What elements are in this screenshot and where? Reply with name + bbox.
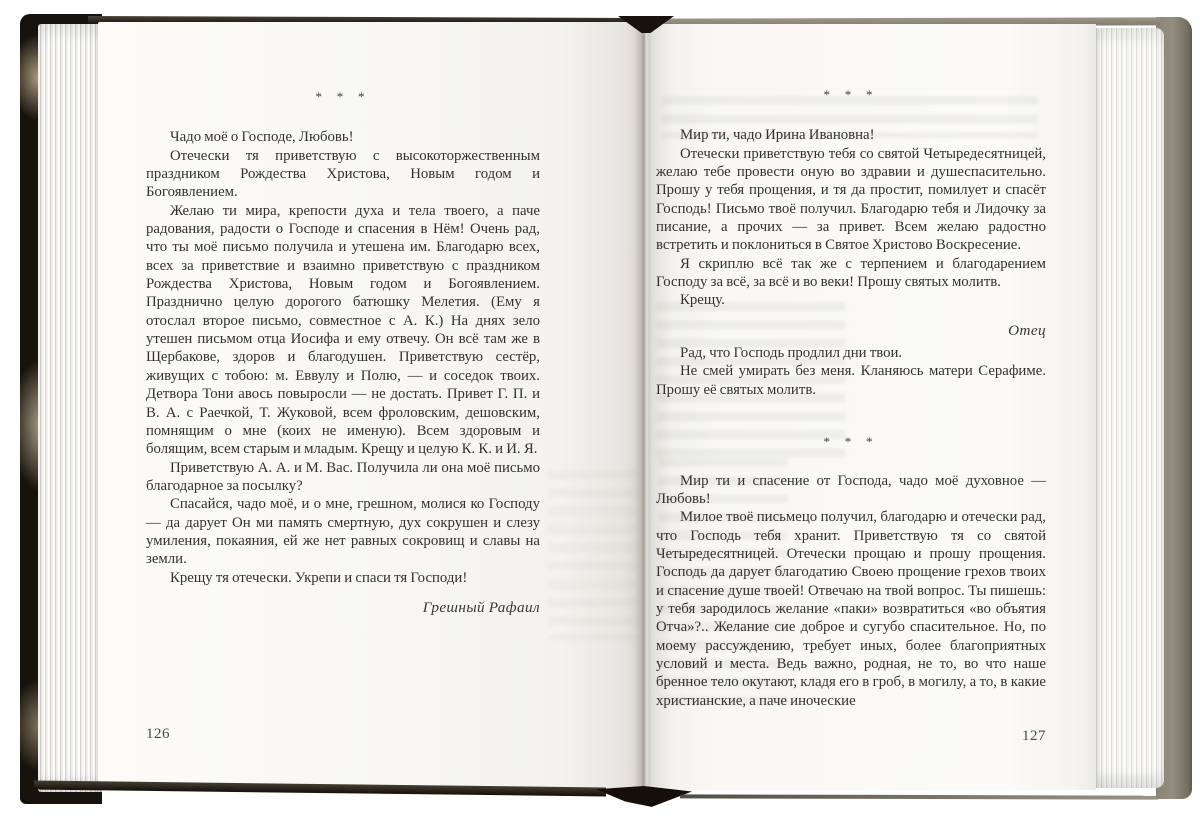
page-stack-left-edge xyxy=(38,24,102,792)
paragraph: Спасайся, чадо моё, и о мне, грешном, мо… xyxy=(146,495,540,568)
paragraph: Желаю ти мира, крепости духа и тела твое… xyxy=(146,202,540,459)
paragraph: Не смей умирать без меня. Кланяюсь матер… xyxy=(656,362,1046,399)
separator: * * * xyxy=(656,86,1046,104)
open-book-photo: * * *Чадо моё о Господе, Любовь!Отечески… xyxy=(0,0,1200,826)
paragraph: Крещу. xyxy=(656,291,1046,309)
paragraph: Крещу тя отечески. Укрепи и спаси тя Гос… xyxy=(146,569,540,587)
paragraph: Чадо моё о Господе, Любовь! xyxy=(146,128,540,146)
separator: * * * xyxy=(656,433,1046,451)
separator: * * * xyxy=(146,88,540,106)
book-bottom-edge-right xyxy=(680,794,1158,799)
paragraph: Приветствую А. А. и М. Вас. Получила ли … xyxy=(146,459,540,496)
paragraph: Мир ти и спасение от Господа, чадо моё д… xyxy=(656,472,1046,509)
paragraph: Я скриплю всё так же с терпением и благо… xyxy=(656,255,1046,292)
signature: Отец xyxy=(656,322,1046,340)
paragraph: Милое твоё письмецо получил, благодарю и… xyxy=(656,508,1046,710)
page-stack-right-edge xyxy=(1094,28,1164,788)
left-page-text: * * *Чадо моё о Господе, Любовь!Отечески… xyxy=(146,88,540,621)
signature: Грешный Рафаил xyxy=(146,599,540,617)
page-number-left: 126 xyxy=(146,726,170,743)
page-number-right: 127 xyxy=(656,728,1046,745)
paragraph: Отечески приветствую тебя со святой Четы… xyxy=(656,145,1046,255)
right-page-text: * * *Мир ти, чадо Ирина Ивановна!Отеческ… xyxy=(656,86,1046,710)
paragraph: Рад, что Господь продлил дни твои. xyxy=(656,344,1046,362)
paragraph: Мир ти, чадо Ирина Ивановна! xyxy=(656,126,1046,144)
paragraph: Отечески тя приветствую с высокоторжеств… xyxy=(146,147,540,202)
